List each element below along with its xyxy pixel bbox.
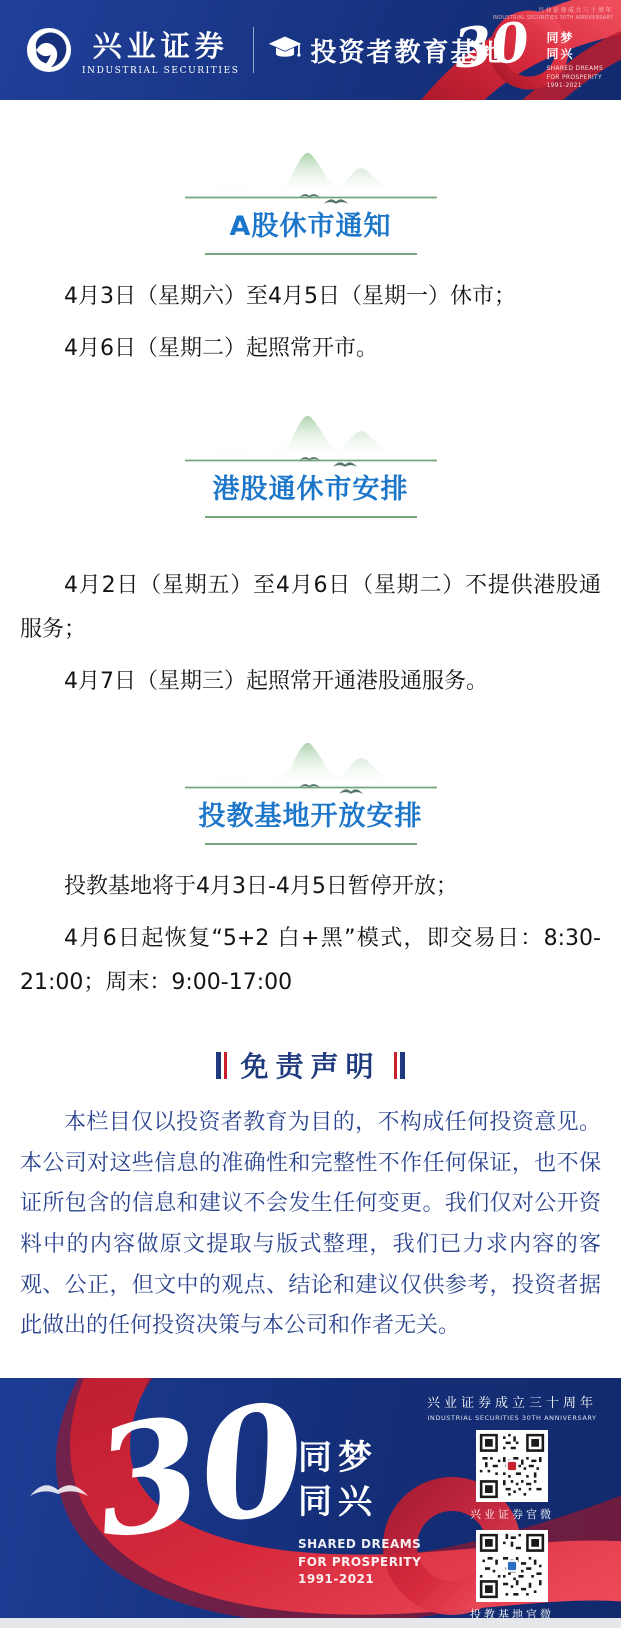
qr-block-edu-base: 投教基地官微 [417,1530,607,1618]
footer-banner: 30 同梦 同兴 SHARED DREAMS FOR PROSPERITY 19… [0,1378,621,1618]
qr-label-edu-base: 投教基地官微 [417,1606,607,1618]
section-title: 港股通休市安排 [213,467,409,506]
slogan-en: SHARED DREAMS FOR PROSPERITY 1991-2021 [298,1536,421,1588]
slogan-cn-line1: 同梦 [547,30,603,46]
brand-name-en: INDUSTRIAL SECURITIES [82,66,240,76]
qr-code-education-base-wechat [476,1530,548,1602]
title-underline [205,516,417,518]
slogan-en-line1: SHARED DREAMS [547,65,603,73]
header-banner: 兴业证券 INDUSTRIAL SECURITIES 投资者教育基地 [0,0,621,100]
bottom-strip [0,1618,621,1628]
notice-paragraph: 4月6日起恢复“5+2 白+黑”模式，即交易日：8:30-21:00；周末：9:… [20,917,601,1005]
corner-caption-en: INDUSTRIAL SECURITIES 30TH ANNIVERSARY [493,15,613,21]
disclaimer-left-bars [216,1052,227,1079]
slogan-en-line2: FOR PROSPERITY [547,74,603,82]
slogan-en-line2: FOR PROSPERITY [298,1554,421,1571]
mountain-art [161,405,461,463]
section-title: 投教基地开放安排 [199,794,423,833]
notice-paragraph: 投教基地将于4月3日-4月5日暂停开放； [20,865,601,909]
qr-label-company: 兴业证券官微 [417,1506,607,1522]
header-slogan: 同梦 同兴 SHARED DREAMS FOR PROSPERITY 1991-… [547,30,603,91]
slogan-years: 1991-2021 [298,1571,421,1588]
slogan-cn-line1: 同梦 [298,1436,421,1480]
section-hk-connect-closure: 港股通休市安排 4月2日（星期五）至4月6日（星期二）不提供港股通服务； 4月7… [0,405,621,704]
anniversary-number: 30 [87,1382,315,1560]
notice-paragraph: 4月7日（星期三）起照常开通港股通服务。 [20,660,601,704]
slogan-cn-line2: 同兴 [547,46,603,62]
qr-block-company: 兴业证券官微 [417,1430,607,1522]
notice-page: 兴业证券 INDUSTRIAL SECURITIES 投资者教育基地 [0,0,621,1628]
header-divider [253,27,254,73]
title-underline [205,253,417,255]
section-education-base-opening: 投教基地开放安排 投教基地将于4月3日-4月5日暂停开放； 4月6日起恢复“5+… [0,732,621,1005]
brand-name-cn: 兴业证券 [82,24,240,65]
footer-anniversary-cn: 兴业证券成立三十周年 [417,1392,607,1411]
brand-lockup: 兴业证券 INDUSTRIAL SECURITIES 投资者教育基地 [26,24,507,76]
investor-education-base-label: 投资者教育基地 [311,32,507,69]
notice-paragraph: 4月3日（星期六）至4月5日（星期一）休市； [20,275,601,319]
slogan-en-line1: SHARED DREAMS [298,1536,421,1553]
footer-anniversary-en: INDUSTRIAL SECURITIES 30TH ANNIVERSARY [417,1414,607,1422]
mountain-art [161,732,461,790]
footer-right-column: 兴业证券成立三十周年 INDUSTRIAL SECURITIES 30TH AN… [417,1392,607,1618]
disclaimer-title: 免责声明 [240,1045,380,1085]
notice-paragraph: 4月6日（星期二）起照常开市。 [20,327,601,371]
footer-slogan: 同梦 同兴 SHARED DREAMS FOR PROSPERITY 1991-… [298,1436,421,1589]
title-underline [205,843,417,845]
slogan-years: 1991-2021 [547,82,603,90]
section-title: A股休市通知 [230,204,392,243]
corner-caption-cn: 兴业证券成立三十周年 [493,5,613,14]
header-corner-caption: 兴业证券成立三十周年 INDUSTRIAL SECURITIES 30TH AN… [493,5,613,21]
section-a-share-closure: A股休市通知 4月3日（星期六）至4月5日（星期一）休市； 4月6日（星期二）起… [0,142,621,371]
slogan-en: SHARED DREAMS FOR PROSPERITY 1991-2021 [547,65,603,90]
qr-code-company-wechat [476,1430,548,1502]
graduation-cap-icon [267,34,303,66]
industrial-securities-logo-icon [26,27,72,73]
mountain-art [161,142,461,200]
disclaimer-body: 本栏目仅以投资者教育为目的，不构成任何投资意见。本公司对这些信息的准确性和完整性… [0,1103,621,1347]
notice-paragraph: 4月2日（星期五）至4月6日（星期二）不提供港股通服务； [20,564,601,652]
disclaimer-right-bars [394,1052,405,1079]
disclaimer-section: 免责声明 本栏目仅以投资者教育为目的，不构成任何投资意见。本公司对这些信息的准确… [0,1045,621,1347]
slogan-cn-line2: 同兴 [298,1480,421,1524]
notice-content: A股休市通知 4月3日（星期六）至4月5日（星期一）休市； 4月6日（星期二）起… [0,100,621,1378]
